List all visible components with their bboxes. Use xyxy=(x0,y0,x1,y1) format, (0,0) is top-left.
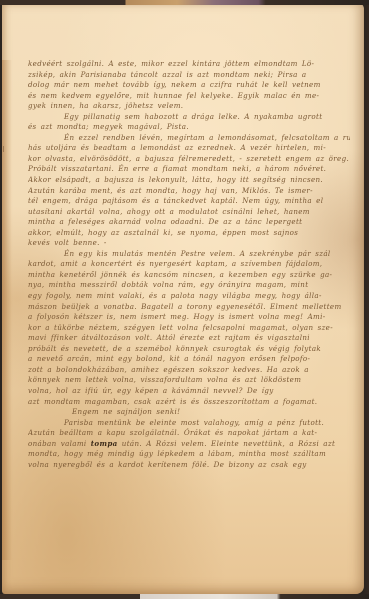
emphasized-word: tompa xyxy=(91,439,118,448)
text-line: Akkor elsápadt, a bajusza is lekonyult, … xyxy=(28,175,350,186)
text-line: mintha kenetéről jönnék és kancsóm nincs… xyxy=(28,270,350,281)
text-line: utasítani akartál volna, ahogy ott a mod… xyxy=(28,207,350,218)
text-line: onában valami tompa után. A Rózsi velem.… xyxy=(28,439,350,450)
paragraph-start-line: Egy pillanatig sem habozott a drága lelk… xyxy=(28,112,350,123)
handwritten-text-block: kedvéért szolgálni. A este, mikor ezzel … xyxy=(28,59,350,470)
text-line: dolog már nem mehet tovább így, nekem a … xyxy=(28,80,350,91)
text-line: Azután beálltam a kapu szolgálatnál. Órá… xyxy=(28,428,350,439)
text-line: mintha a feleséges akarnád volna odaadni… xyxy=(28,217,350,228)
text-line: a nevető arcán, mint egy bolond, kit a t… xyxy=(28,354,350,365)
text-line: kor a tükörbe néztem, szégyen lett volna… xyxy=(28,323,350,334)
text-line: Próbált visszatartani. Én erre a fiamat … xyxy=(28,164,350,175)
page-edge-stain xyxy=(2,60,12,560)
text-line: gyek innen, ha akarsz, jöhetsz velem. xyxy=(28,101,350,112)
text-line: azt mondtam magamban, csak azért is és ö… xyxy=(28,397,350,408)
text-line: nya, mintha messziről dobták volna rám, … xyxy=(28,280,350,291)
text-line: mászon beüljek a vonatba. Bagatell a tor… xyxy=(28,302,350,313)
book-binding-top xyxy=(0,0,369,5)
margin-mark xyxy=(3,146,4,152)
text-line: mavi ffinker átváltozáson volt. Attól ér… xyxy=(28,333,350,344)
text-line: kardot, amit a koncertért és nyergesért … xyxy=(28,259,350,270)
text-line: zott a bolondokházában, amihez egészen s… xyxy=(28,365,350,376)
text-line: kedvéért szolgálni. A este, mikor ezzel … xyxy=(28,59,350,70)
text-line: próbált és nevetett, de a szemébol könny… xyxy=(28,344,350,355)
paragraph-start-line: Én ezzel rendben lévén, megírtam a lemon… xyxy=(28,133,350,144)
text-line: kor olvasta, elvörösödött, a bajusza fél… xyxy=(28,154,350,165)
text-line: hás utoljára és beadtam a lemondást az e… xyxy=(28,143,350,154)
text-line: Azután karába ment, és azt mondta, hogy … xyxy=(28,186,350,197)
text-line: kevés volt benne. - xyxy=(28,238,350,249)
text-line: és nem kedvem egyelőre, mit hunnae fel k… xyxy=(28,91,350,102)
paragraph-start-line: Parisba mentünk be eleinte most valahogy… xyxy=(28,418,350,429)
text-line: mondta, hogy még mindig úgy lépkedem a l… xyxy=(28,449,350,460)
paragraph-start-line: Én egy kis mulatás mentén Pestre velem. … xyxy=(28,249,350,260)
text-line: és azt mondta; megyek magával, Pista. xyxy=(28,122,350,133)
text-line: zsikép, akin Parisianaba táncolt azzal i… xyxy=(28,70,350,81)
text-line: akkor, elmúlt, hogy az asztalnál ki, se … xyxy=(28,228,350,239)
text-line: egy fogoly, nem mint valaki, és a palota… xyxy=(28,291,350,302)
text-line: tél engem, drága pajtásom és a tánckedve… xyxy=(28,196,350,207)
book-edge-bottom xyxy=(0,594,369,599)
text-line: volna nyeregből és a kardot kerítenem fö… xyxy=(28,460,350,471)
page-gutter-shadow xyxy=(363,0,369,599)
paragraph-start-line: Engem ne sajnáljon senki! xyxy=(28,407,350,418)
text-line: a folyosón kétszer is, nem ismert meg. H… xyxy=(28,312,350,323)
scanned-manuscript: kedvéért szolgálni. A este, mikor ezzel … xyxy=(0,0,369,599)
text-line: volna, hol az ifiú úr, egy képen a kávám… xyxy=(28,386,350,397)
text-line: könnyek nem lettek volna, visszafordulta… xyxy=(28,375,350,386)
